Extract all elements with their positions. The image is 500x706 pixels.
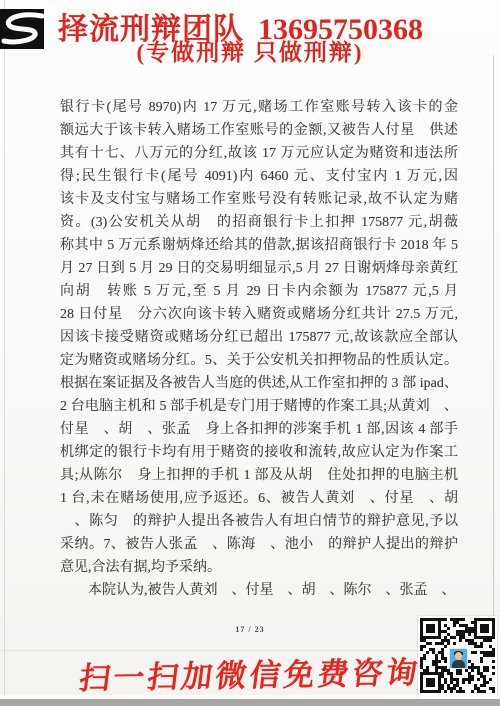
- body-line: 、陈匀 的辩护人提出各被告人有坦白情节的辩护意见,予以: [60, 510, 458, 533]
- body-line: 得;民生银行卡(尾号 4091)内 6460 元、支付宝内 1 万元,因: [60, 165, 458, 188]
- body-line: 本院认为,被告人黄刘 、付星 、胡 、陈尔 、张孟 、: [60, 579, 458, 602]
- body-line: 向胡 转账 5 万元,至 5 月 29 日卡内余额为 175877 元,5 月: [60, 280, 458, 303]
- avatar-torso: [452, 660, 465, 668]
- body-line: 因该卡接受赌资或赌场分红已超出 175877 元,故该款应全部认: [60, 326, 458, 349]
- body-line: 称其中 5 万元系谢炳烽还给其的借款,据该招商银行卡 2018 年 5: [60, 234, 458, 257]
- body-line: 意见,合法有据,均予采纳。: [60, 556, 458, 579]
- document-body-text: 银行卡(尾号 8970)内 17 万元,赌场工作室账号转入该卡的金额远大于该卡转…: [60, 96, 458, 602]
- body-line: 具;从陈尔 身上扣押的手机 1 部及从胡 住处扣押的电脑主机: [60, 464, 458, 487]
- body-line: 付星 、胡 、张孟 身上各扣押的涉案手机 1 部,因该 4 部手: [60, 418, 458, 441]
- body-line: 资。(3)公安机关从胡 的招商银行卡上扣押 175877 元,胡薇: [60, 211, 458, 234]
- body-line: 银行卡(尾号 8970)内 17 万元,赌场工作室账号转入该卡的金: [60, 96, 458, 119]
- scan-edge-right: [493, 55, 494, 680]
- body-line: 额远大于该卡转入赌场工作室账号的金额,又被告人付星 供述: [60, 119, 458, 142]
- avatar-face: [455, 652, 462, 660]
- scan-bottom-strip: [0, 699, 500, 706]
- body-line: 28 日付星 分六次向该卡转入赌资或赌场分红共计 27.5 万元,: [60, 303, 458, 326]
- body-line: 机绑定的银行卡均有用于赌资的接收和流转,故应认定为作案工: [60, 441, 458, 464]
- qr-center-avatar: [449, 648, 468, 669]
- scan-edge-left: [4, 0, 5, 706]
- body-line: 2 台电脑主机和 5 部手机是专门用于赌博的作案工具;从黄刘 、: [60, 395, 458, 418]
- footer-wechat-cta: 扫一扫加微信免费咨询: [77, 647, 428, 698]
- body-line: 该卡及支付宝与赌场工作室账号没有转账记录,故不认定为赌: [60, 188, 458, 211]
- scanned-document-page: 择流刑辩团队13695750368 (专做刑辩 只做刑辩) 银行卡(尾号 897…: [0, 0, 500, 706]
- body-line: 定为赌资或赌场分红。5、关于公安机关扣押物品的性质认定。: [60, 349, 458, 372]
- wechat-contact-qr-code: [418, 616, 497, 699]
- body-line: 其有十七、八万元的分红,故该 17 万元应认定为赌资和违法所: [60, 142, 458, 165]
- body-line: 根据在案证据及各被告人当庭的供述,从工作室扣押的 3 部 ipad、: [60, 372, 458, 395]
- body-line: 月 27 日到 5 月 29 日的交易明细显示,5 月 27 日谢炳烽母亲黄红: [60, 257, 458, 280]
- body-line: 采纳。7、被告人张孟 、陈海 、池小 的辩护人提出的辩护: [60, 533, 458, 556]
- body-line: 1 台,未在赌场使用,应予返还。6、被告人黄刘 、付星 、胡: [60, 487, 458, 510]
- header-subtitle: (专做刑辩 只做刑辩): [0, 34, 500, 67]
